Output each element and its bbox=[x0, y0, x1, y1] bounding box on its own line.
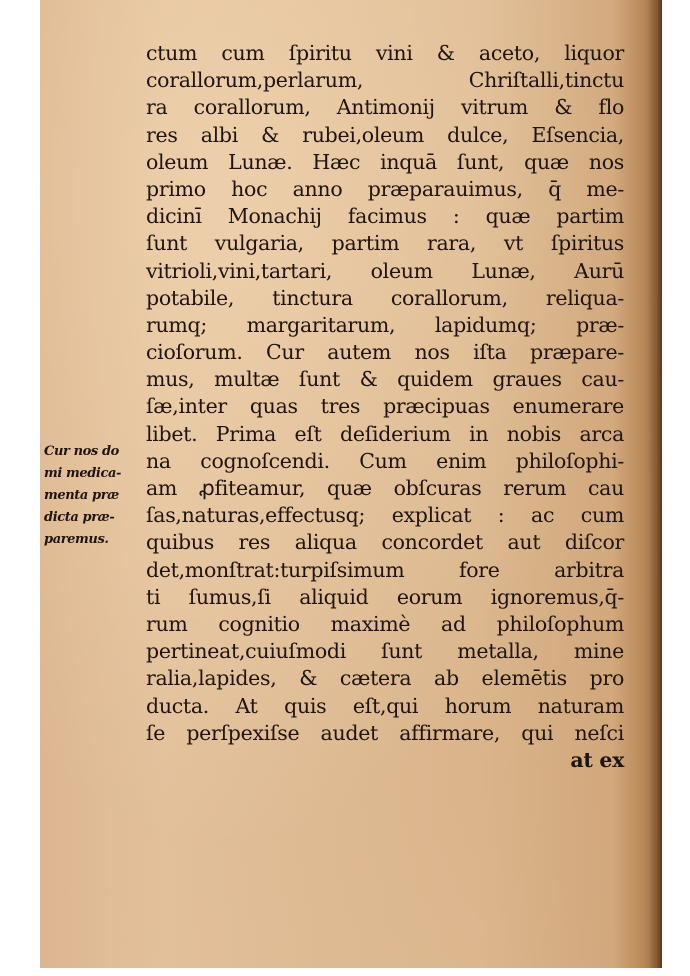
text-line: cioſorum. Cur autem nos iſta præpare- bbox=[146, 339, 624, 366]
text-line: rum cognitio maximè ad philoſophum bbox=[146, 611, 624, 638]
text-line: det,monſtrat:turpiſsimum fore arbitra bbox=[146, 557, 624, 584]
text-line: corallorum,perlarum, Chriſtalli,tinctu bbox=[146, 67, 624, 94]
text-line: ctum cum ſpiritu vini & aceto, liquor bbox=[146, 40, 624, 67]
text-line: potabile, tinctura corallorum, reliqua- bbox=[146, 285, 624, 312]
catchword: at ex bbox=[146, 747, 624, 774]
text-line: ra corallorum, Antimonij vitrum & flo bbox=[146, 94, 624, 121]
text-line: mus, multæ ſunt & quidem graues cau- bbox=[146, 366, 624, 393]
text-line: res albi & rubei,oleum dulce, Eſsencia, bbox=[146, 122, 624, 149]
margin-note-line: paremus. bbox=[44, 529, 144, 551]
text-line: am ꝓfiteamur, quæ obſcuras rerum cau bbox=[146, 475, 624, 502]
text-line: na cognoſcendi. Cum enim philoſophi- bbox=[146, 448, 624, 475]
text-line: dicinī Monachij facimus : quæ partim bbox=[146, 203, 624, 230]
margin-note-line: dicta præ- bbox=[44, 507, 144, 529]
text-line: ſas,naturas,effectusq; explicat : ac cum bbox=[146, 502, 624, 529]
margin-note-line: Cur nos do bbox=[44, 441, 144, 463]
text-line: primo hoc anno præparauimus, q̄ me- bbox=[146, 176, 624, 203]
text-line: libet. Prima eſt deſiderium in nobis arc… bbox=[146, 421, 624, 448]
body-text-block: ctum cum ſpiritu vini & aceto, liquor co… bbox=[146, 40, 624, 774]
text-line: ſæ,inter quas tres præcipuas enumerare bbox=[146, 393, 624, 420]
text-line: ducta. At quis eſt,qui horum naturam bbox=[146, 693, 624, 720]
text-line: ti ſumus,ſi aliquid eorum ignoremus,q̄- bbox=[146, 584, 624, 611]
text-line: oleum Lunæ. Hæc inquā ſunt, quæ nos bbox=[146, 149, 624, 176]
text-line: ſunt vulgaria, partim rara, vt ſpiritus bbox=[146, 230, 624, 257]
text-line: rumq; margaritarum, lapidumq; præ- bbox=[146, 312, 624, 339]
text-line: vitrioli,vini,tartari, oleum Lunæ, Aurū bbox=[146, 258, 624, 285]
text-line: quibus res aliqua concordet aut diſcor bbox=[146, 529, 624, 556]
marginal-note: Cur nos do mi medica- menta præ dicta pr… bbox=[44, 441, 144, 551]
text-line: ſe perſpexiſse audet affirmare, qui neſc… bbox=[146, 720, 624, 747]
margin-note-line: menta præ bbox=[44, 485, 144, 507]
text-line: ralia,lapides, & cætera ab elemētis pro bbox=[146, 665, 624, 692]
margin-note-line: mi medica- bbox=[44, 463, 144, 485]
page-edge-shadow bbox=[648, 0, 662, 968]
text-line: pertineat,cuiuſmodi ſunt metalla, mine bbox=[146, 638, 624, 665]
